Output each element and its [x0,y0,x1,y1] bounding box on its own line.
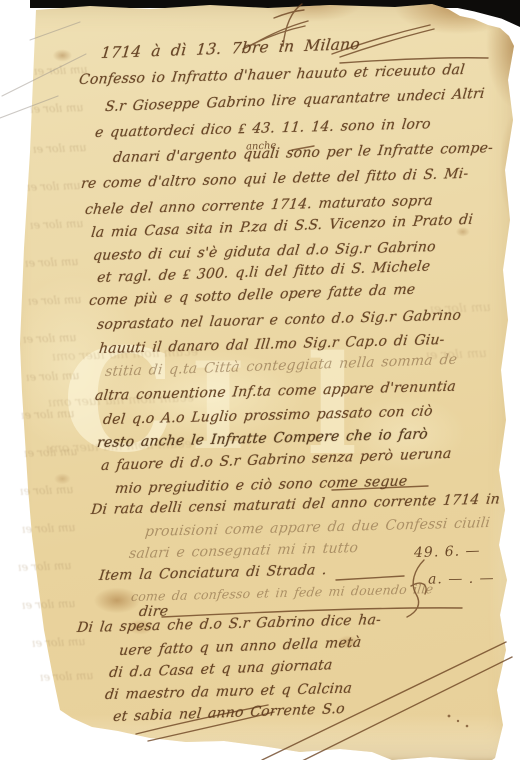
bleedthrough-text: um ılor eı [26,369,80,384]
bleedthrough-text: um ılor eı [22,597,76,612]
bleedthrough-text: um ılor eı [18,559,72,574]
bleedthrough-text: um ılor eı [32,635,86,650]
amount-first: 49. 6. — [414,543,481,561]
bleedthrough-text: um ılor eı [30,101,84,116]
bleedthrough-text: um ılor eı [20,483,74,498]
inserted-word: anche [246,140,277,152]
bleedthrough-text: um ılor eı [30,217,84,232]
bleedthrough-text: um ılor eı [22,521,76,536]
bleedthrough-text: um ılor eı [23,331,77,346]
bleedthrough-text: um ılor eı [27,179,81,194]
bleedthrough-text: um ılor eı [28,293,82,308]
bleedthrough-text: um ılor eı [25,255,79,270]
scanned-manuscript: C I l um ılor eı um ılor eı um ılor eı u… [0,0,520,760]
bleedthrough-text: um ılor eı [40,669,94,684]
bleedthrough-text: um ılor eı [33,141,87,156]
amount-second: a. — . — [428,570,495,587]
